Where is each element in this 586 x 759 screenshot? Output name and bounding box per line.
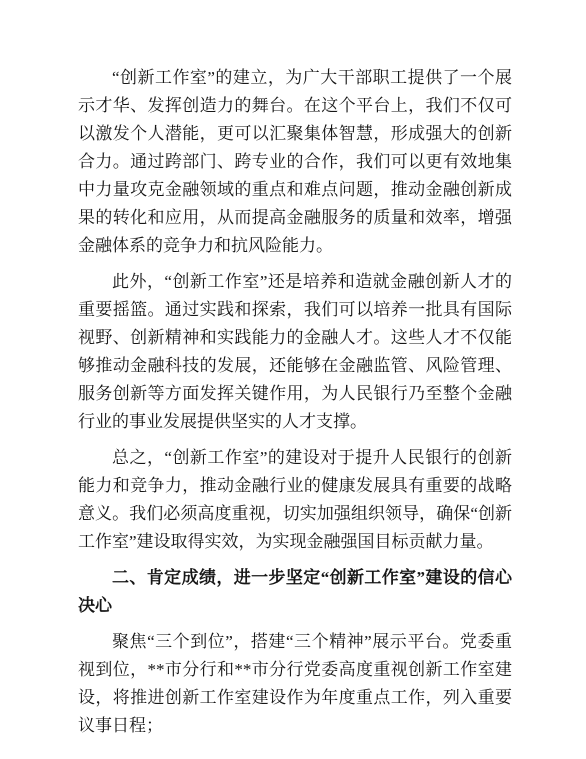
paragraph-2: 此外，“创新工作室”还是培养和造就金融创新人才的重要摇篮。通过实践和探索，我们可… xyxy=(78,268,512,436)
paragraph-3: 总之，“创新工作室”的建设对于提升人民银行的创新能力和竞争力，推动金融行业的健康… xyxy=(78,444,512,556)
paragraph-4: 聚焦“三个到位”，搭建“三个精神”展示平台。党委重视到位，**市分行和**市分行… xyxy=(78,628,512,740)
paragraph-1: “创新工作室”的建立，为广大干部职工提供了一个展示才华、发挥创造力的舞台。在这个… xyxy=(78,64,512,260)
section-heading: 二、肯定成绩，进一步坚定“创新工作室”建设的信心决心 xyxy=(78,564,512,620)
document-page: “创新工作室”的建立，为广大干部职工提供了一个展示才华、发挥创造力的舞台。在这个… xyxy=(0,0,586,759)
